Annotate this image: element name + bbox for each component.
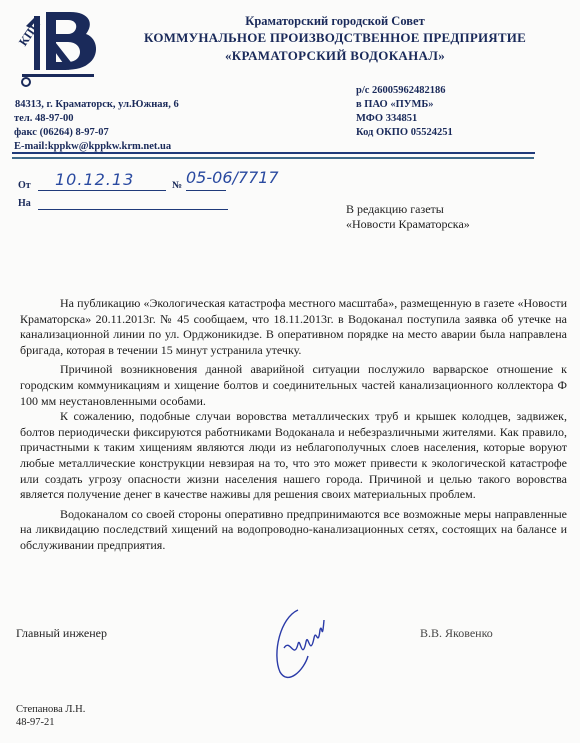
from-label: От [18, 180, 31, 191]
body-paragraph: На публикацию «Экологическая катастрофа … [20, 296, 567, 358]
number-field-line [186, 190, 226, 191]
enterprise-name-title: «КРАМАТОРСКИЙ ВОДОКАНАЛ» [110, 48, 560, 64]
letter-body: На публикацию «Экологическая катастрофа … [20, 296, 567, 554]
signatory-position: Главный инженер [16, 626, 107, 641]
mfo-code: МФО 334851 [356, 112, 453, 126]
executor-name: Степанова Л.Н. [16, 703, 85, 716]
city-council-title: Краматорский городской Совет [110, 14, 560, 29]
signature [270, 604, 330, 684]
phone: тел. 48-97-00 [14, 112, 179, 126]
to-label: На [18, 198, 31, 209]
date-field-line [38, 190, 166, 191]
recipient-block: В редакцию газеты «Новости Краматорска» [346, 202, 470, 232]
date-handwritten: 10.12.13 [55, 170, 134, 189]
body-paragraph: Причиной возникновения данной аварийной … [20, 362, 567, 409]
contact-block: 84313, г. Краматорск, ул.Южная, 6 тел. 4… [14, 98, 179, 154]
kpp-vodokanal-logo-icon: КПП [8, 4, 104, 90]
header-divider-top [12, 152, 535, 154]
executor-phone: 48-97-21 [16, 716, 85, 729]
signatory-name: В.В. Яковенко [420, 626, 493, 641]
recipient-line-2: «Новости Краматорска» [346, 217, 470, 232]
fax: факс (06264) 8-97-07 [14, 126, 179, 140]
executor-block: Степанова Л.Н. 48-97-21 [16, 703, 85, 729]
header-divider-bottom [12, 157, 534, 159]
number-handwritten: 05-06/7717 [186, 168, 279, 187]
okpo-code: Код ОКПО 05524251 [356, 126, 453, 140]
enterprise-type-title: КОММУНАЛЬНОЕ ПРОИЗВОДСТВЕННОЕ ПРЕДПРИЯТИ… [110, 30, 560, 46]
handwritten-signature-icon [270, 604, 330, 684]
body-paragraph: К сожалению, подобные случаи воровства м… [20, 409, 567, 503]
body-paragraph: Водоканалом со своей стороны оперативно … [20, 507, 567, 554]
bank-name: в ПАО «ПУМБ» [356, 98, 453, 112]
number-label: № [172, 180, 182, 191]
bank-account: р/с 26005962482186 [356, 84, 453, 98]
bank-details-block: р/с 26005962482186 в ПАО «ПУМБ» МФО 3348… [356, 84, 453, 140]
recipient-line-1: В редакцию газеты [346, 202, 470, 217]
company-logo: КПП [8, 4, 104, 90]
address: 84313, г. Краматорск, ул.Южная, 6 [14, 98, 179, 112]
to-field-line [38, 209, 228, 210]
